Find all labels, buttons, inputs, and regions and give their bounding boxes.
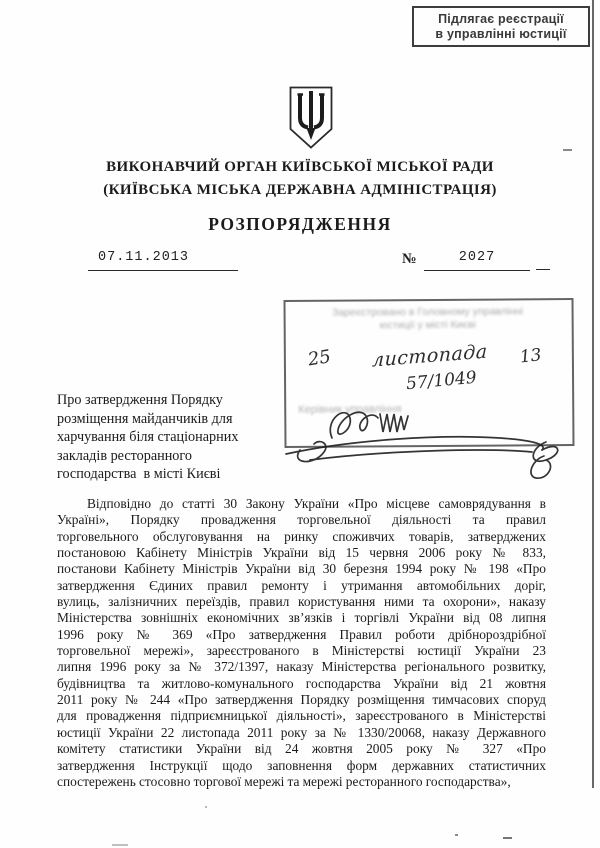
organization-name-line1: ВИКОНАВЧИЙ ОРГАН КИЇВСЬКОЇ МІСЬКОЇ РАДИ bbox=[0, 156, 600, 179]
body-line: вулиць, залізничних переїздів, правил ко… bbox=[57, 594, 546, 610]
handwritten-month: листопада bbox=[372, 340, 488, 371]
date-number-row: 07.11.2013 № 2027 bbox=[0, 250, 600, 276]
body-line: 2011 року № 244 «Про затвердження Порядк… bbox=[57, 692, 546, 708]
document-type-title: РОЗПОРЯДЖЕННЯ bbox=[0, 214, 600, 235]
handwritten-year: 13 bbox=[519, 345, 543, 367]
registration-note-line2: в управлінні юстиції bbox=[435, 27, 566, 42]
body-line: липня 1996 року за № 372/1397, наказу Мі… bbox=[57, 659, 546, 675]
body-line: будівництва та житлово-комунального госп… bbox=[57, 676, 546, 692]
scan-speck bbox=[563, 149, 572, 151]
scan-speck bbox=[112, 844, 128, 846]
subject-line: закладів ресторанного bbox=[57, 447, 309, 466]
body-line: комітету статистики України від 24 жовтн… bbox=[57, 741, 546, 757]
subject-line: Про затвердження Порядку bbox=[57, 391, 309, 410]
document-date: 07.11.2013 bbox=[88, 250, 238, 271]
body-line: юстиції України 22 листопада 2011 року з… bbox=[57, 725, 546, 741]
body-line: торговельної мережі», зареєстрованого в … bbox=[57, 643, 546, 659]
handwritten-registration-number: 57/1049 bbox=[405, 368, 477, 395]
subject-line: харчування біля стаціонарних bbox=[57, 428, 309, 447]
organization-name: ВИКОНАВЧИЙ ОРГАН КИЇВСЬКОЇ МІСЬКОЇ РАДИ … bbox=[0, 156, 600, 202]
stamp-faint-header: Зареєстровано в Головному управлінні юст… bbox=[294, 305, 562, 333]
body-line: 1996 року № 369 «Про затвердження Правил… bbox=[57, 627, 546, 643]
body-line: Міністерства зовнішніх економічних зв’яз… bbox=[57, 610, 546, 626]
registration-note-line1: Підлягає реєстрації bbox=[438, 12, 564, 27]
body-line: постановою Кабінету Міністрів України ві… bbox=[57, 545, 546, 561]
body-line: Україні», Порядку провадження торговельн… bbox=[57, 512, 546, 528]
scanned-document-page: Підлягає реєстрації в управлінні юстиції… bbox=[0, 0, 600, 848]
body-line: затвердження Інструкції щодо заповнення … bbox=[57, 758, 546, 774]
scan-edge-line bbox=[592, 0, 594, 788]
number-trailing-dash bbox=[536, 269, 550, 270]
handwritten-signature bbox=[280, 392, 570, 484]
body-line: спостережень стосовно торгової мережі та… bbox=[57, 774, 546, 790]
ukraine-trident-emblem-icon bbox=[287, 85, 335, 151]
registration-note-stamp: Підлягає реєстрації в управлінні юстиції bbox=[412, 6, 590, 47]
body-line: Відповідно до статті 30 Закону України «… bbox=[57, 496, 546, 512]
scan-speck bbox=[455, 834, 458, 836]
document-subject: Про затвердження Порядку розміщення майд… bbox=[57, 391, 309, 484]
document-body: Відповідно до статті 30 Закону України «… bbox=[57, 496, 546, 790]
subject-line: господарства в місті Києві bbox=[57, 465, 309, 484]
document-number: 2027 bbox=[424, 250, 530, 271]
subject-line: розміщення майданчиків для bbox=[57, 410, 309, 429]
scan-speck bbox=[503, 837, 512, 839]
body-line: затвердження Єдиних правил ремонту і утр… bbox=[57, 578, 546, 594]
organization-name-line2: (КИЇВСЬКА МІСЬКА ДЕРЖАВНА АДМІНІСТРАЦІЯ) bbox=[0, 179, 600, 202]
body-line: постанови Кабінету Міністрів України від… bbox=[57, 561, 546, 577]
scan-speck bbox=[205, 806, 207, 808]
handwritten-day: 25 bbox=[306, 346, 332, 370]
body-line: для провадження підприємницької діяльнос… bbox=[57, 708, 546, 724]
body-line: торговельного обслуговування на ринку сп… bbox=[57, 529, 546, 545]
number-sign: № bbox=[402, 251, 417, 268]
